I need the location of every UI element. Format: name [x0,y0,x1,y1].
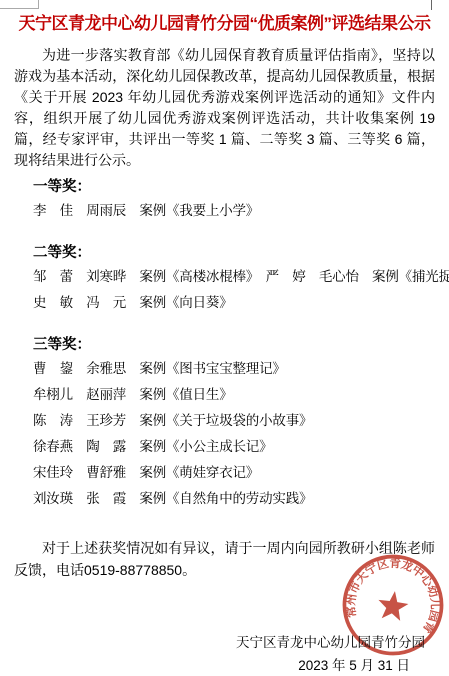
award-section-second-prize: 二等奖： 邹 蕾 刘寒晔 案例《高楼冰棍棒》 严 婷 毛心怡 案例《捕光捉影》 … [33,242,435,316]
page-corner-mark [38,0,39,9]
page-title: 天宁区青龙中心幼儿园青竹分园“优质案例”评选结果公示 [14,12,435,36]
award-row: 牟栩儿 赵丽萍 案例《值日生》 [33,382,435,408]
award-row: 史 敏 冯 元 案例《向日葵》 [33,290,435,316]
award-row: 陈 涛 王珍芳 案例《关于垃圾袋的小故事》 [33,408,435,434]
page-corner-mark [431,0,432,10]
awards-list: 一等奖： 李 佳 周雨辰 案例《我要上小学》 二等奖： 邹 蕾 刘寒晔 案例《高… [14,176,435,512]
award-row: 邹 蕾 刘寒晔 案例《高楼冰棍棒》 严 婷 毛心怡 案例《捕光捉影》 [33,264,435,290]
page-corner-mark [0,8,38,9]
award-row: 李 佳 周雨辰 案例《我要上小学》 [33,198,435,224]
award-label: 二等奖： [33,242,435,264]
award-row: 曹 鋆 余雅思 案例《图书宝宝整理记》 [33,356,435,382]
award-row: 宋佳玲 曹舒雅 案例《萌娃穿衣记》 [33,460,435,486]
award-label: 三等奖： [33,334,435,356]
award-label: 一等奖： [33,176,435,198]
award-row: 刘汝瑛 张 霞 案例《自然角中的劳动实践》 [33,486,435,512]
seal-star-icon [376,589,410,622]
notice-document: 天宁区青龙中心幼儿园青竹分园“优质案例”评选结果公示 为进一步落实教育部《幼儿园… [0,0,449,676]
award-section-third-prize: 三等奖： 曹 鋆 余雅思 案例《图书宝宝整理记》 牟栩儿 赵丽萍 案例《值日生》… [33,334,435,512]
intro-paragraph: 为进一步落实教育部《幼儿园保育教育质量评估指南》，坚持以游戏为基本活动，深化幼儿… [14,45,435,171]
award-row: 徐春燕 陶 露 案例《小公主成长记》 [33,434,435,460]
award-section-first-prize: 一等奖： 李 佳 周雨辰 案例《我要上小学》 [33,176,435,224]
official-seal-stamp: 常州市天宁区青龙中心幼儿园青竹分园 [330,542,449,668]
